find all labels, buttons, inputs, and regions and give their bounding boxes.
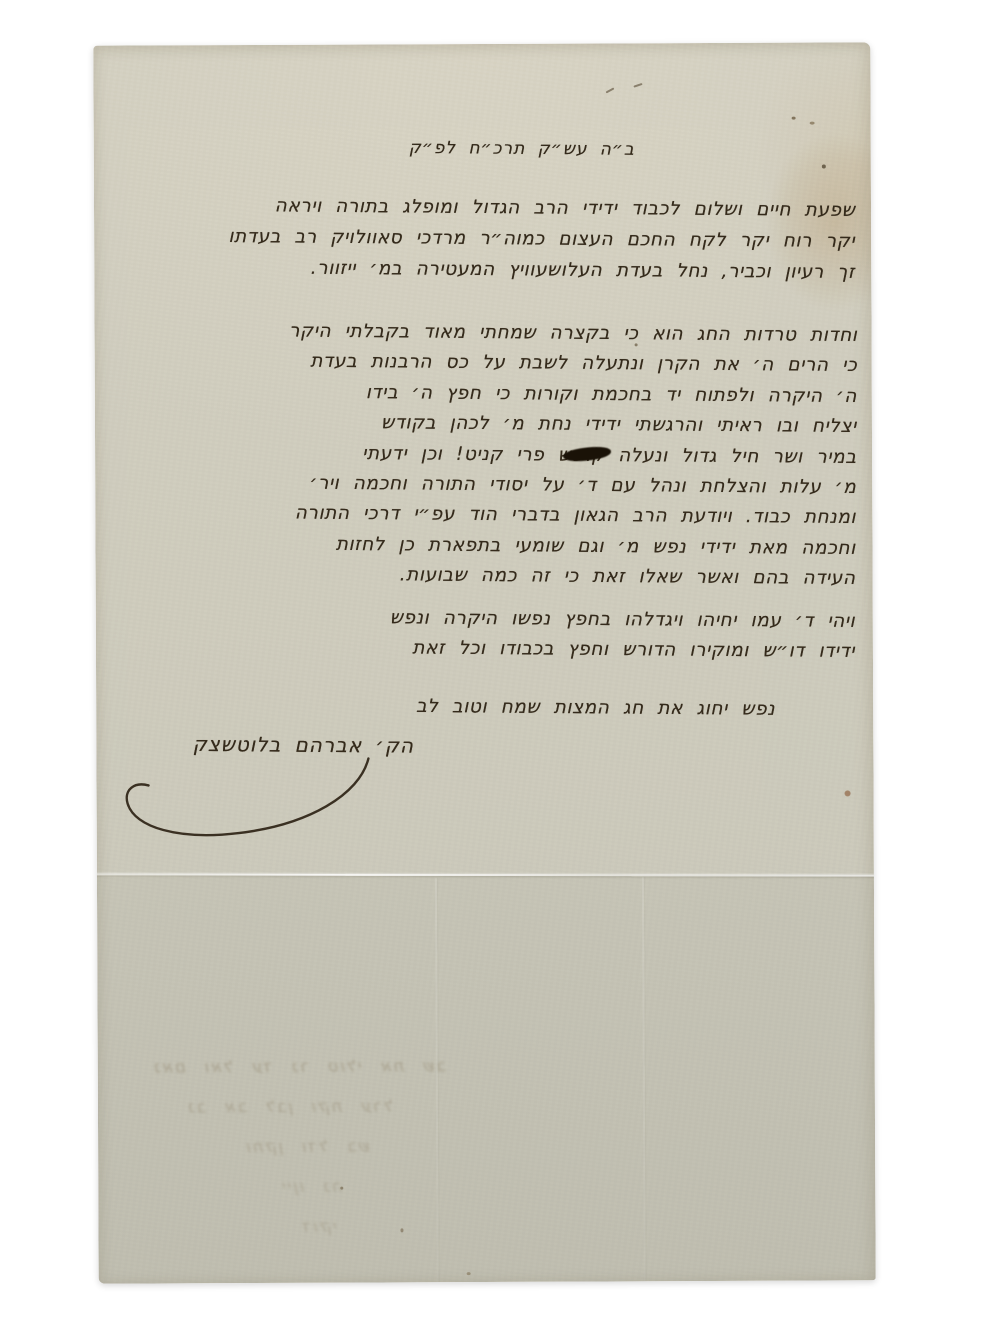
ink-bleedthrough-line: נב אב לבן וקת ערל: [153, 1094, 867, 1117]
ink-bleedthrough-line: ייןו נה: [153, 1174, 867, 1197]
body-paragraph: וחדות טרדות החג הוא כי בקצרה שמחתי מאוד …: [104, 315, 858, 667]
photograph-of-letter: ב״ה עש״ק תרכ״ח לפ״ק שפעת חיים ושלום לכבו…: [0, 0, 1000, 1333]
handwritten-line: זך רעיון וכביר, נחל בעדת העלושעוויץ המעט…: [104, 251, 855, 288]
paper-speck: [340, 1187, 343, 1190]
paper-speck: [810, 122, 815, 125]
pen-tick-mark: [606, 87, 615, 93]
ink-bleedthrough-block: נאם ואל עד נר טולי את שבנב אב לבן וקת ער…: [153, 1054, 868, 1257]
pen-tick-mark: [633, 83, 642, 88]
handwritten-line: העידה בהם ואשר שאלו זאת כי זה כמה שבועות…: [104, 558, 855, 594]
paper-speck: [635, 343, 638, 346]
farewell-line: נפש יחוג את חג המצות שמח וטוב לב: [116, 694, 775, 720]
paper-speck: [400, 1228, 403, 1232]
paper-speck: [822, 165, 826, 169]
ink-bleedthrough-line: נאם ואל עד נר טולי את שב: [153, 1054, 867, 1077]
horizontal-fold-crease: [93, 873, 875, 876]
ink-bleedthrough-line: דוקי: [153, 1214, 867, 1237]
opening-paragraph: שפעת חיים ושלום לכבוד ידידי הרב הגדול ומ…: [104, 189, 856, 288]
rust-spot: [845, 790, 851, 796]
hebrew-dateline: ב״ה עש״ק תרכ״ח לפ״ק: [377, 138, 667, 160]
ink-bleedthrough-line: ותקן ודל בש: [153, 1134, 867, 1157]
signature-flourish: [112, 750, 385, 869]
letter-sheet: ב״ה עש״ק תרכ״ח לפ״ק שפעת חיים ושלום לכבו…: [93, 42, 875, 1283]
paper-speck: [792, 117, 796, 120]
handwritten-line: ידידו דו״ש ומוקירו הדורש וחפץ בכבודו וכל…: [104, 631, 855, 667]
paper-speck: [467, 1272, 471, 1275]
